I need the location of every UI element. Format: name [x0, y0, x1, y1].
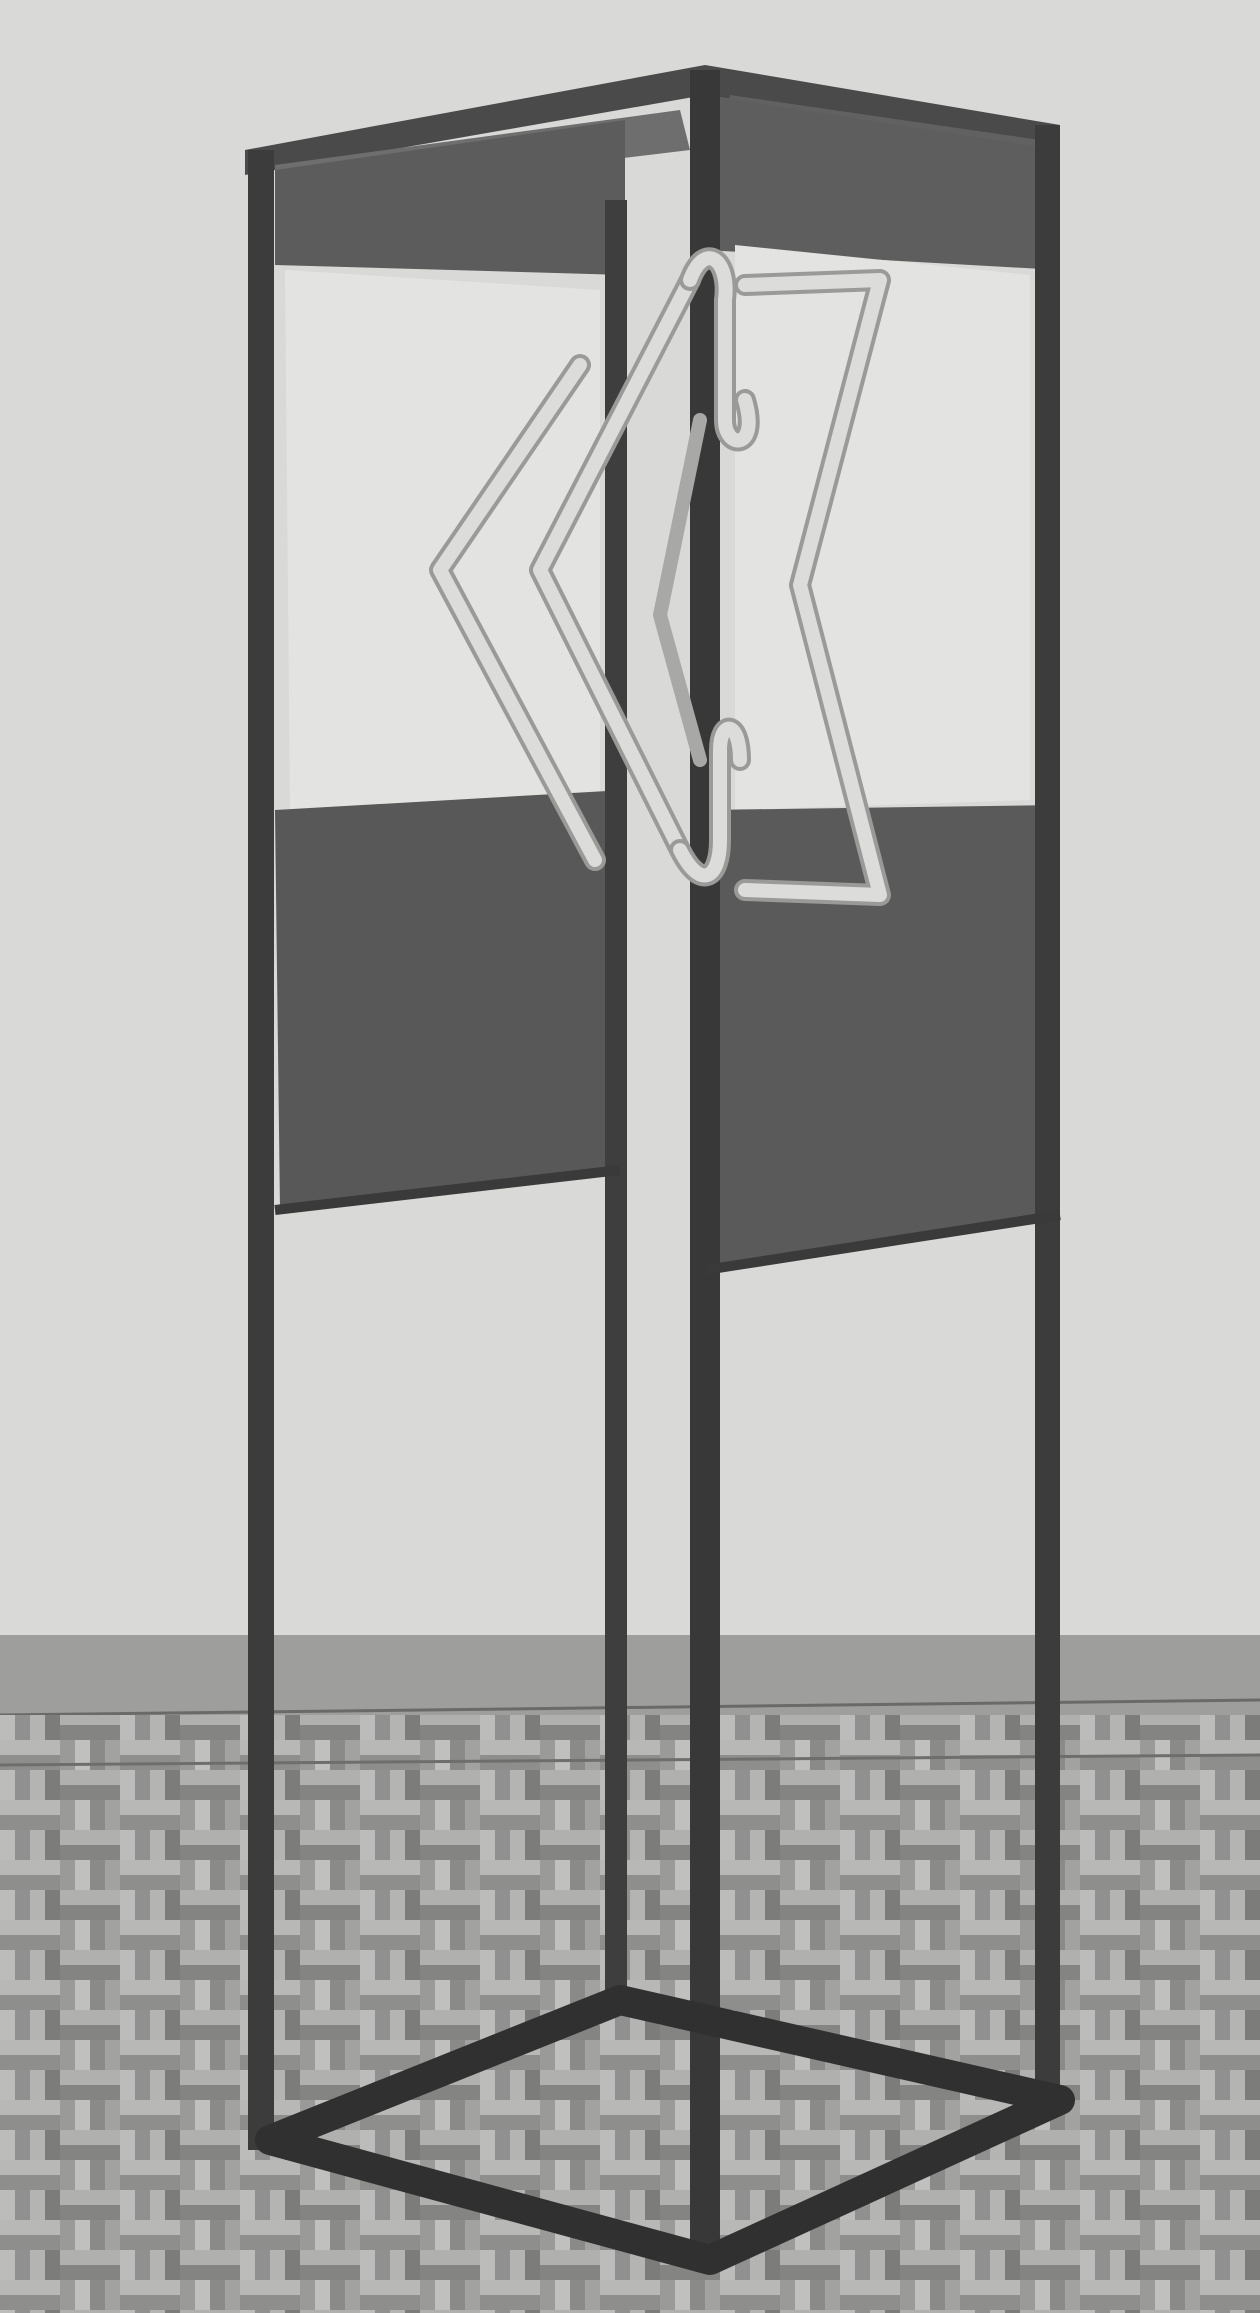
panel-left-middle — [275, 790, 625, 1210]
sculpture-illustration — [0, 0, 1260, 2313]
sculpture-photograph — [0, 0, 1260, 2313]
frame-post-center-back — [605, 200, 627, 2005]
frame-post-left — [248, 150, 274, 2150]
panel-right-window — [735, 245, 1030, 810]
frame-post-right — [1035, 125, 1060, 2085]
wall — [0, 0, 1260, 1640]
